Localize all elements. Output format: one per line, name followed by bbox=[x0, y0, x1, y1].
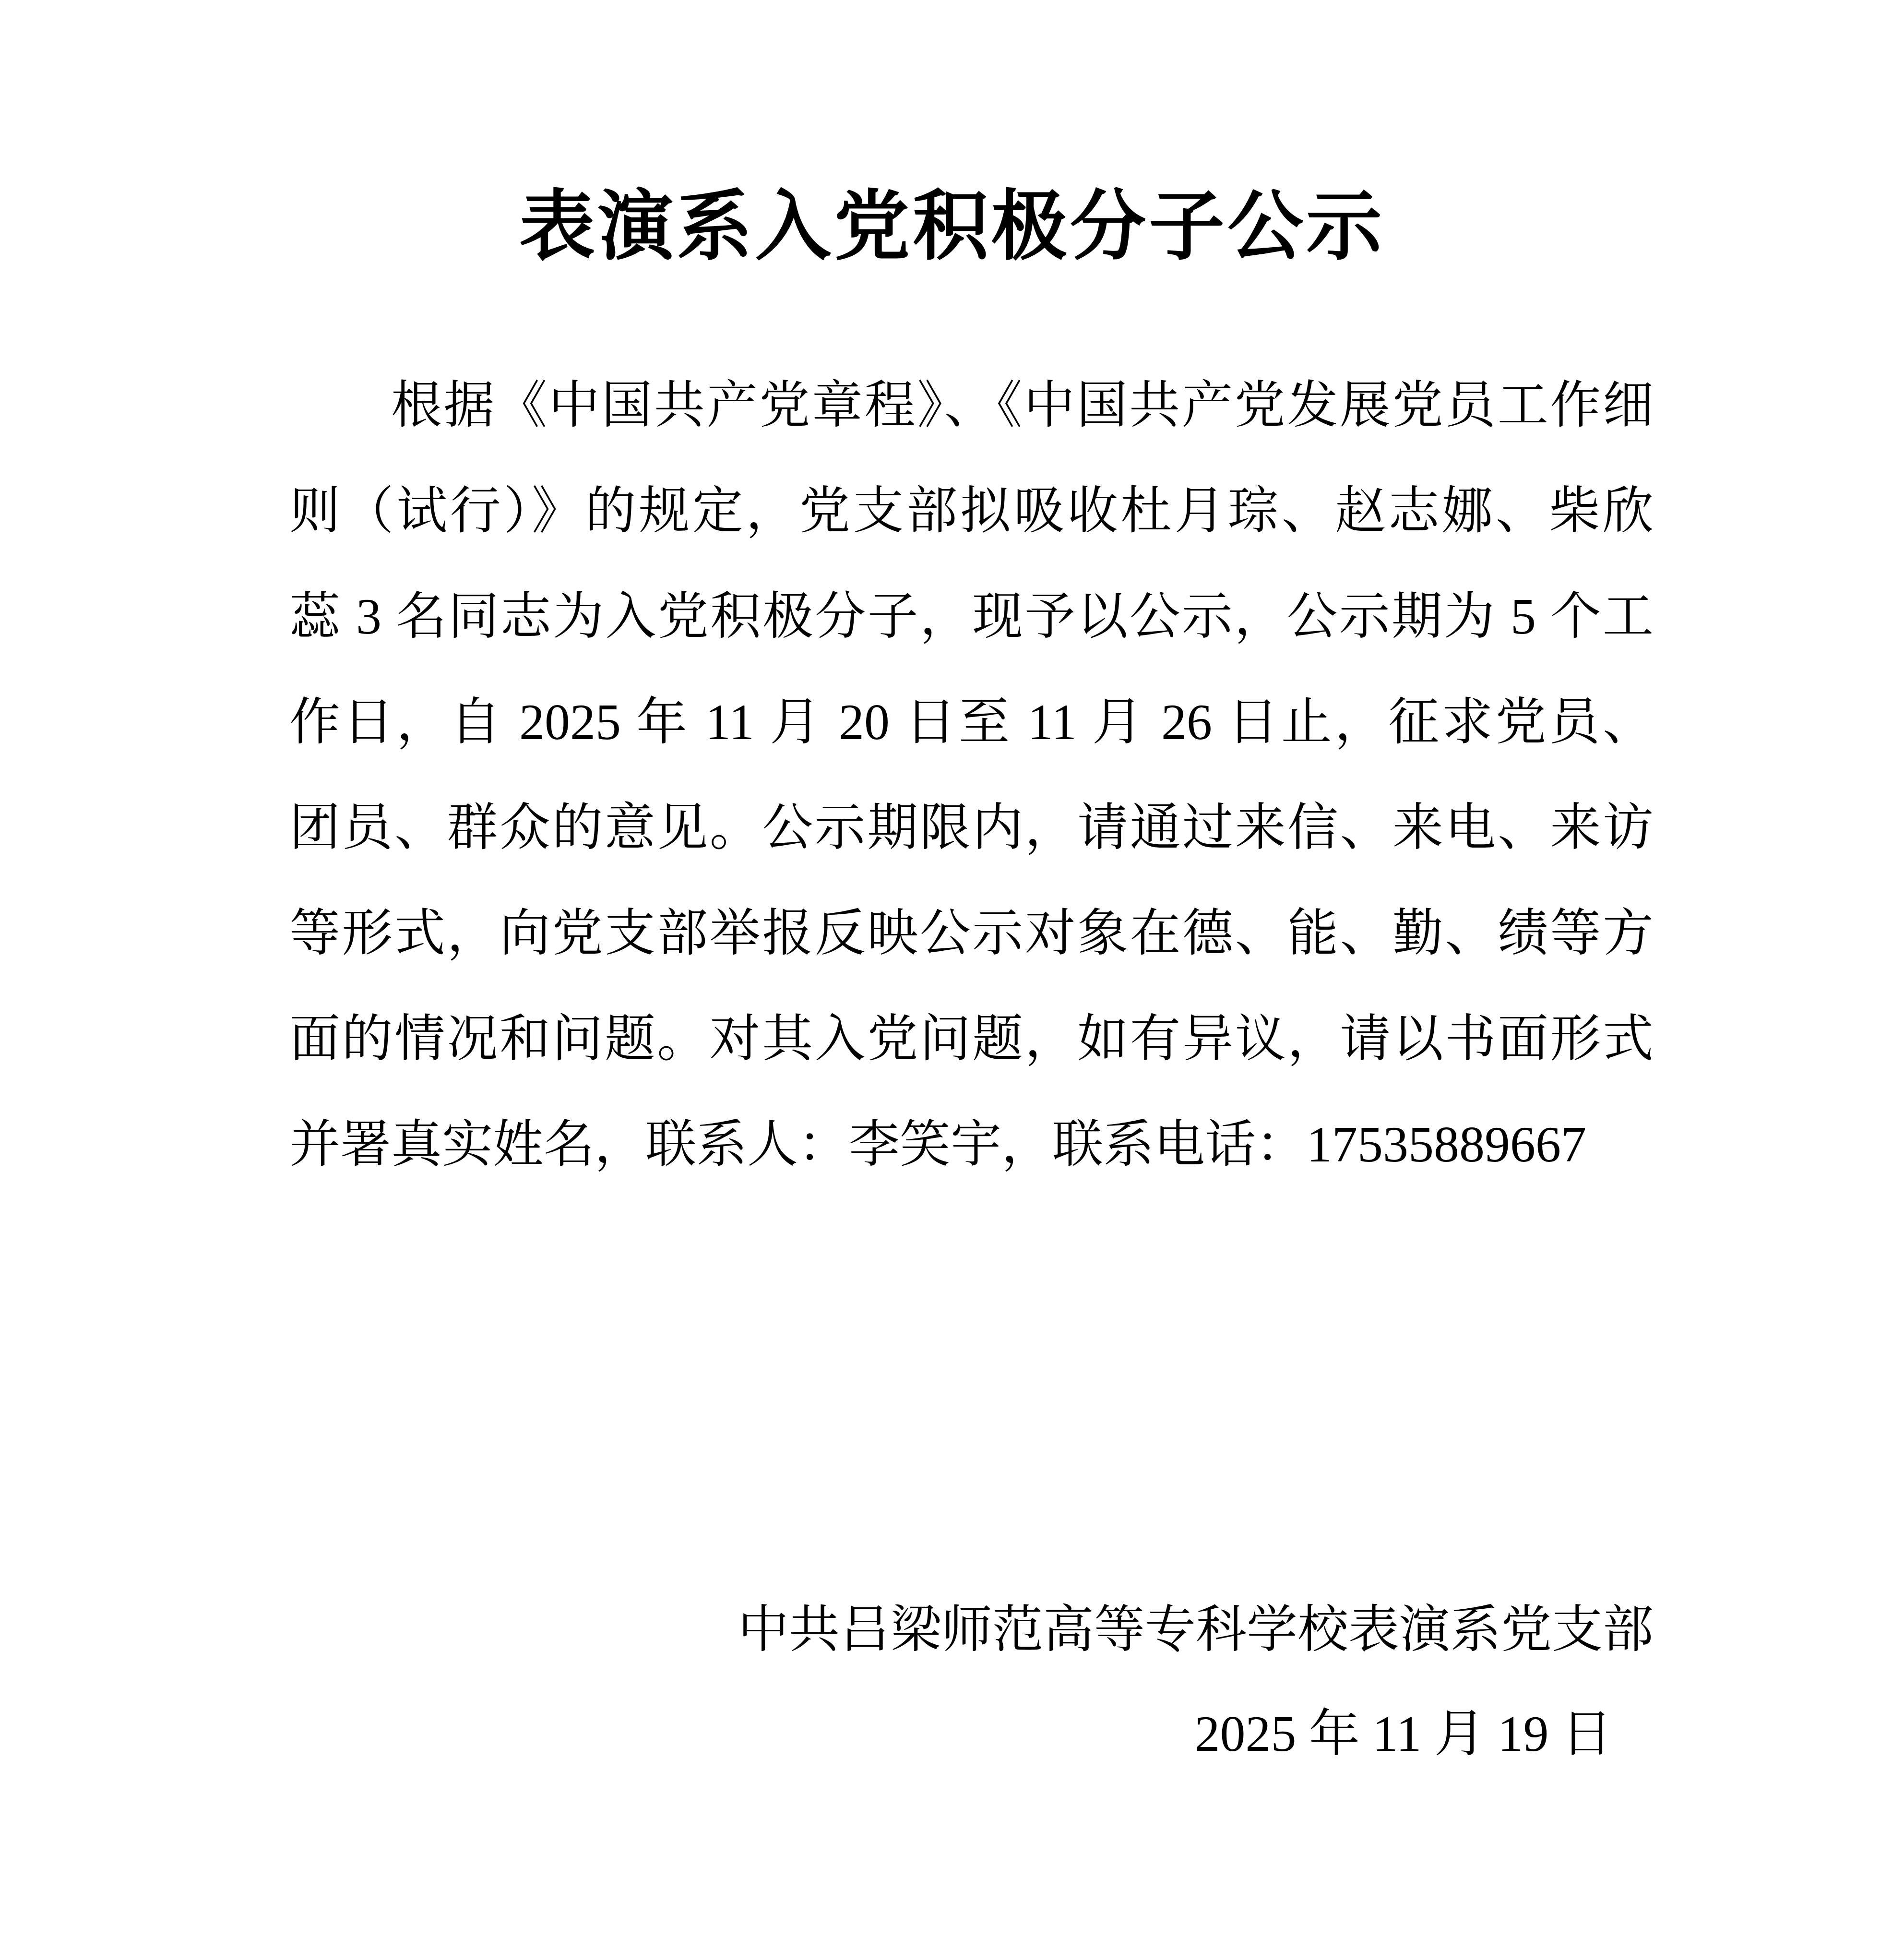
body-line: 根据《中国共产党章程》、《中国共产党发展党员工作细 bbox=[289, 353, 1654, 458]
body-line: 等形式，向党支部举报反映公示对象在德、能、勤、绩等方 bbox=[289, 881, 1654, 986]
body-line: 蕊 3 名同志为入党积极分子，现予以公示，公示期为 5 个工 bbox=[289, 564, 1654, 670]
body-line: 则（试行）》的规定，党支部拟吸收杜月琮、赵志娜、柴欣 bbox=[289, 458, 1654, 564]
notice-body-paragraph: 根据《中国共产党章程》、《中国共产党发展党员工作细 则（试行）》的规定，党支部拟… bbox=[289, 353, 1654, 1197]
signature-org: 中共吕梁师范高等专科学校表演系党支部 bbox=[738, 1594, 1654, 1666]
body-line: 面的情况和问题。对其入党问题，如有异议，请以书面形式 bbox=[289, 986, 1654, 1092]
body-line: 作日，自 2025 年 11 月 20 日至 11 月 26 日止，征求党员、 bbox=[289, 670, 1654, 775]
body-line: 团员、群众的意见。公示期限内，请通过来信、来电、来访 bbox=[289, 775, 1654, 881]
body-line-contact: 并署真实姓名，联系人：李笑宇，联系电话：17535889667 bbox=[289, 1092, 1654, 1197]
signature-date: 2025 年 11 月 19 日 bbox=[1194, 1698, 1612, 1770]
notice-document-page: 表演系入党积极分子公示 根据《中国共产党章程》、《中国共产党发展党员工作细 则（… bbox=[0, 0, 1904, 1950]
document-title: 表演系入党积极分子公示 bbox=[0, 179, 1904, 275]
